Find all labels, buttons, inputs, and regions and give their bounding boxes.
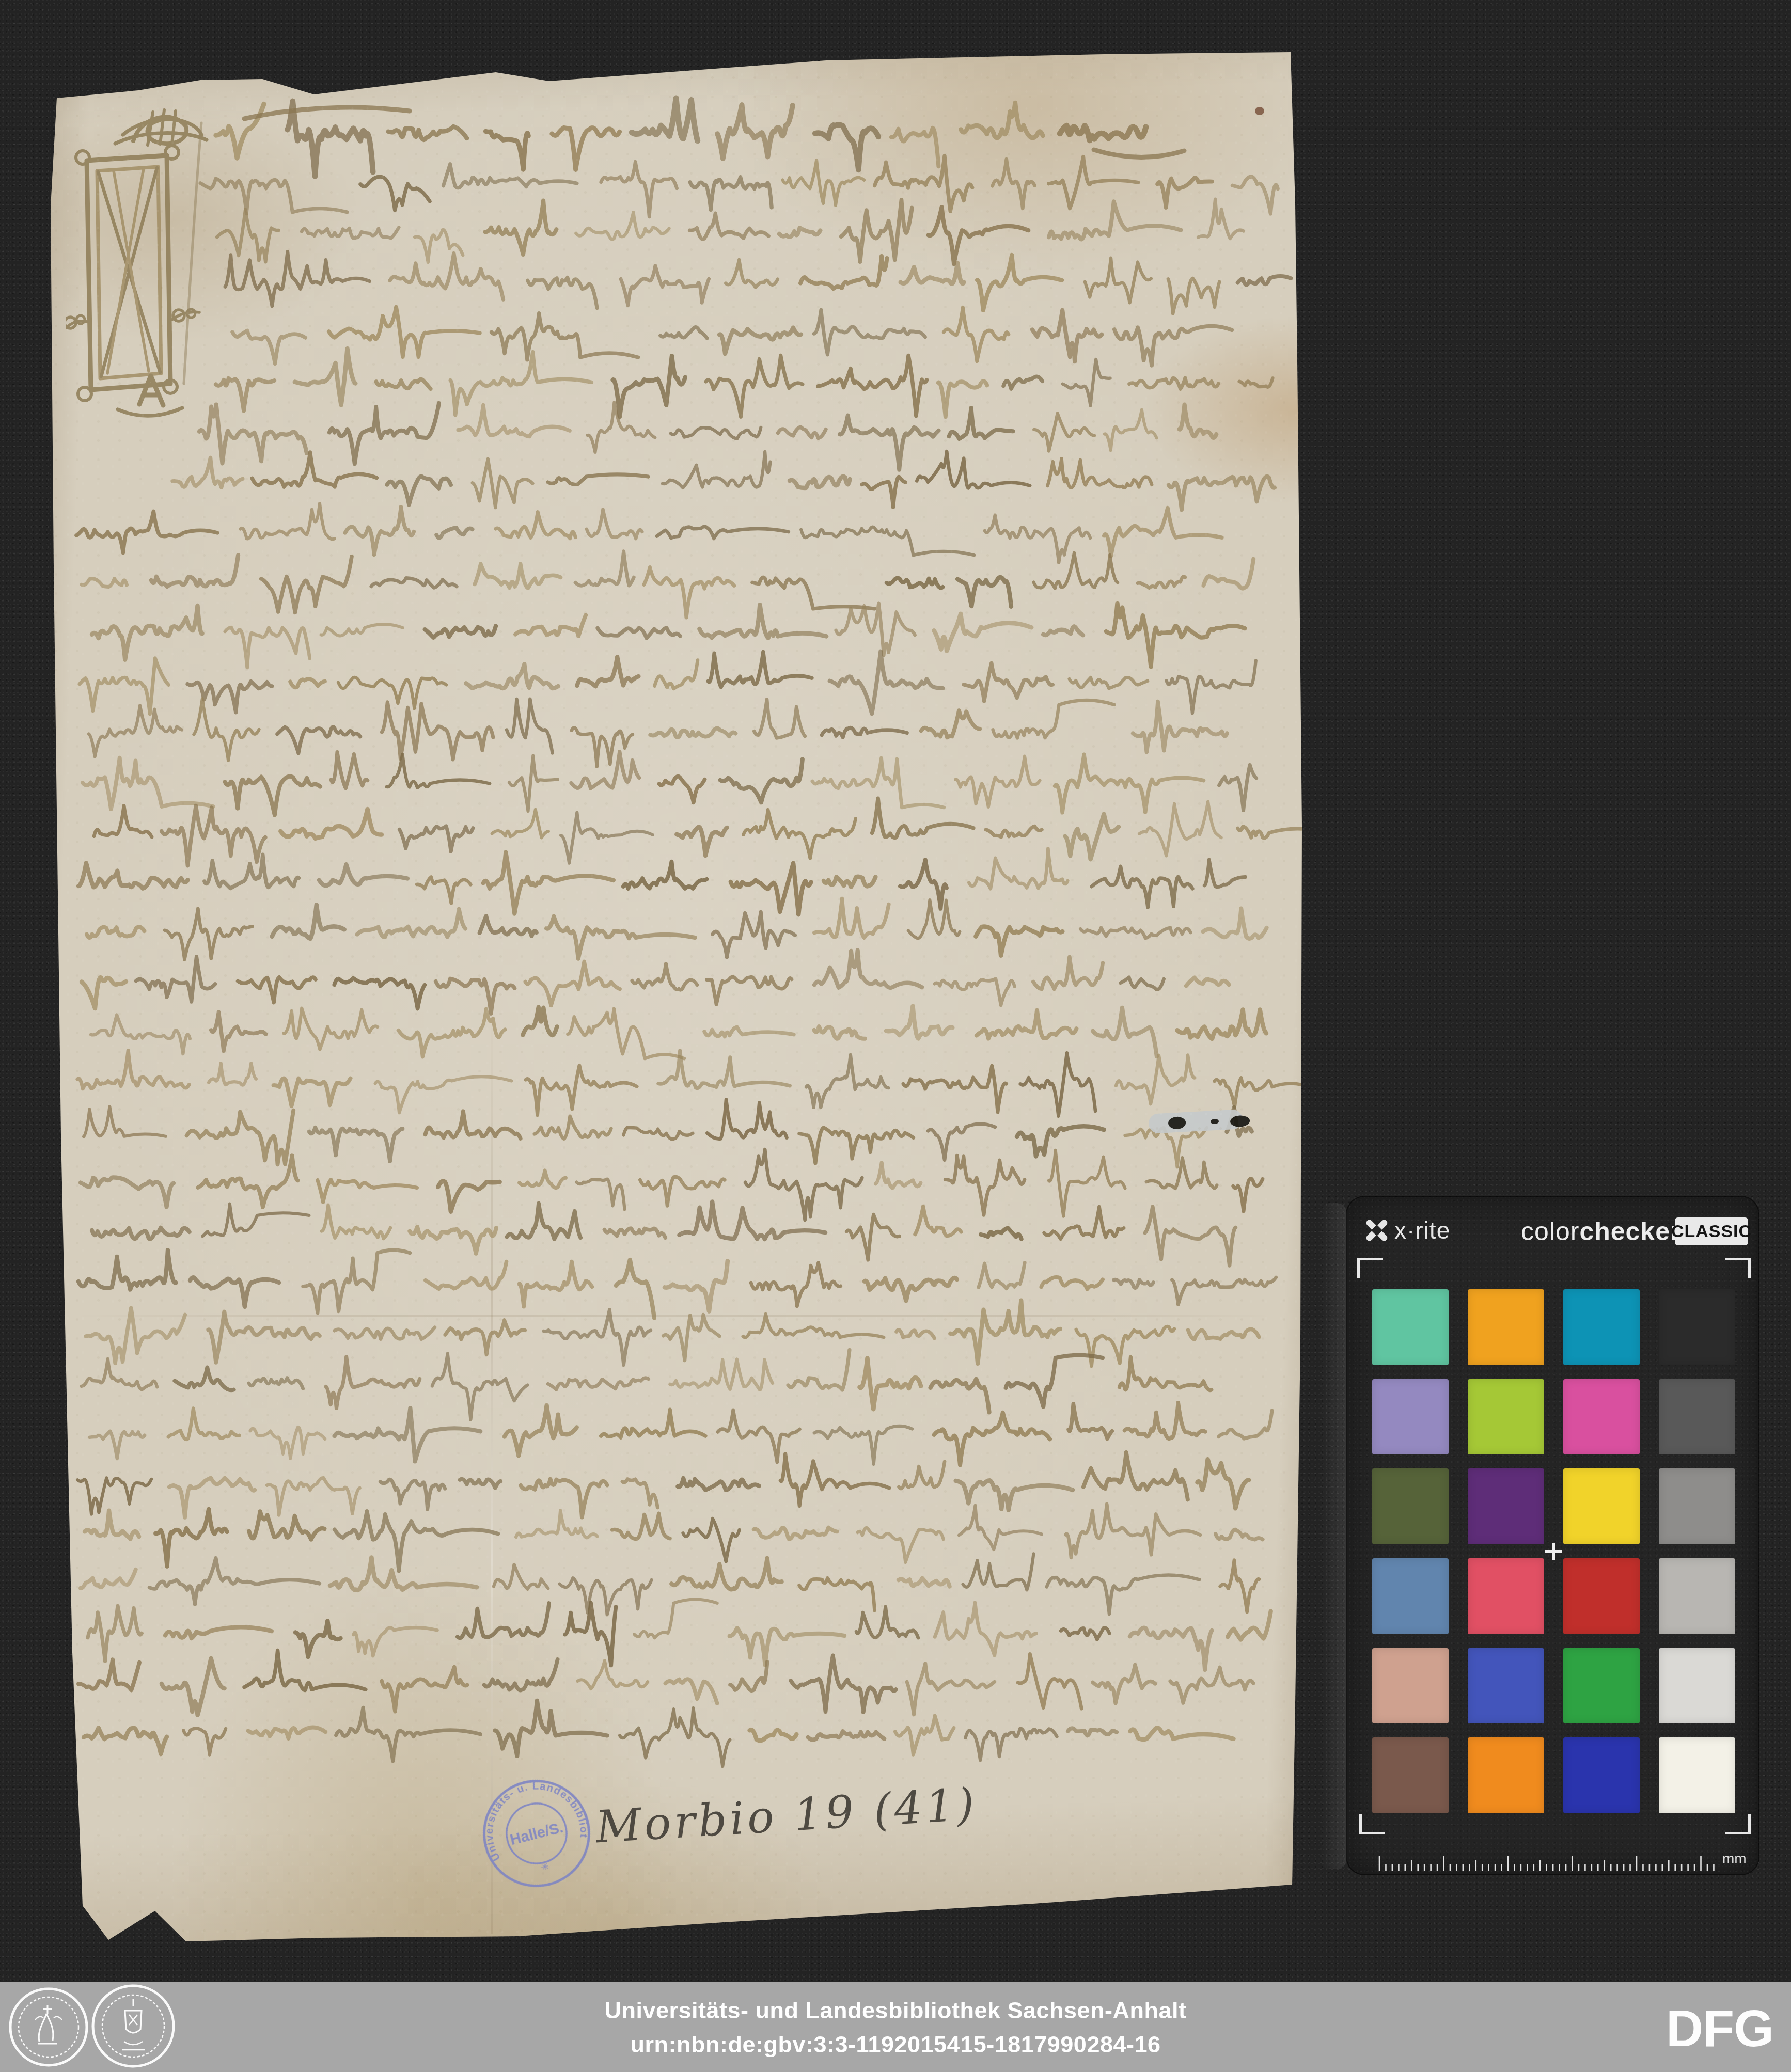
handwriting-word [945,1156,1025,1215]
handwriting-word [544,1309,651,1365]
handwriting-word [887,578,943,588]
ink-stain-dot [1255,107,1264,115]
handwriting-word [931,1379,989,1412]
handwriting-word [812,758,944,808]
handwriting-word [713,912,795,957]
handwriting-word [908,900,960,938]
handwriting-word [815,125,878,170]
handwriting-word [155,1509,227,1567]
handwriting-word [1047,458,1152,487]
handwriting-word [661,327,707,339]
handwriting-word [659,777,705,803]
handwriting-word [338,677,446,708]
handwriting-word [818,356,927,416]
handwriting-word [1092,866,1192,907]
handwriting-word [846,1214,899,1260]
color-patch [1563,1468,1640,1544]
handwriting-word [671,1558,781,1590]
handwriting-word [897,1330,935,1338]
handwriting-word [485,200,557,255]
handwriting-word [1066,1504,1200,1558]
handwriting-word [76,511,217,552]
handwriting-word [516,1510,597,1538]
handwriting-word [371,578,457,588]
handwriting-word [899,1462,945,1489]
scan-page: Universitäts- u. Landesbibliothek Halle/… [0,0,1791,2072]
handwriting-word [244,1651,366,1690]
handwriting-word [436,528,473,538]
handwriting-word [1179,405,1216,438]
handwriting-word [209,1063,256,1085]
handwriting-word [726,260,778,288]
handwriting-word [280,809,382,839]
handwriting-word [450,352,591,415]
handwriting-word [480,916,537,936]
handwriting-word [655,660,698,689]
handwriting-word [382,1667,467,1711]
parchment-crease [76,1315,1275,1317]
handwriting-word [274,1078,351,1106]
handwriting-word [622,1479,657,1508]
handwriting-word [979,1262,1025,1288]
handwriting-word [162,1658,225,1715]
handwriting-word [1220,1560,1260,1612]
handwriting-word [565,1603,616,1665]
handwriting-word [387,477,451,505]
handwriting-word [1083,1452,1188,1499]
handwriting-word [515,615,586,637]
handwriting-word [523,1007,557,1035]
handwriting-word [494,1564,548,1589]
handwriting-word [935,1603,1036,1655]
handwriting-word [1076,1326,1174,1366]
handwriting-word [577,657,638,686]
handwriting-word [335,1327,435,1339]
handwriting-word [900,860,947,909]
handwriting-word [200,179,347,214]
handwriting-word [872,798,973,837]
handwriting-text-lines [45,49,1308,1949]
handwriting-word [876,1163,921,1188]
handwriting-word [87,927,144,938]
handwriting-word [86,1308,185,1363]
handwriting-word [745,1149,862,1220]
handwriting-word [199,405,307,464]
handwriting-word [335,1511,498,1571]
handwriting-word [921,710,980,737]
handwriting-word [525,961,620,1005]
handwriting-word [1049,1150,1125,1216]
handwriting-word [598,628,680,638]
handwriting-word [986,826,1042,837]
handwriting-word [84,1728,167,1754]
handwriting-word [752,577,875,609]
handwriting-word [410,1227,496,1254]
color-patch [1563,1737,1640,1813]
handwriting-word [319,864,407,885]
handwriting-word [824,877,876,887]
handwriting-word [445,1320,525,1355]
handwriting-word [82,977,126,1008]
handwriting-word [650,728,735,737]
handwriting-word [917,451,1030,488]
handwriting-word [899,1578,950,1587]
handwriting-word [548,1378,648,1389]
handwriting-word [360,177,430,210]
handwriting-word [288,101,373,176]
color-patch [1372,1289,1449,1365]
handwriting-word [521,1479,607,1517]
handwriting-word [678,1478,759,1490]
handwriting-word [552,128,620,169]
handwriting-word [225,252,370,306]
handwriting-word [780,1454,889,1506]
handwriting-word [295,349,356,405]
handwriting-word [1219,1411,1272,1438]
handwriting-word [731,863,811,915]
color-patch [1659,1648,1735,1724]
handwriting-word [865,1278,957,1301]
handwriting-word [1139,801,1221,856]
handwriting-word [84,1106,166,1136]
handwriting-word [699,605,826,638]
handwriting-word [1238,827,1308,838]
handwriting-word [1033,957,1103,989]
handwriting-word [1018,1654,1081,1709]
handwriting-word [387,754,490,788]
color-patch [1563,1648,1640,1724]
handwriting-word [571,752,639,788]
handwriting-word [623,862,707,889]
colorchecker-card: x·rite colorchecker CLASSIC mm [1347,1197,1758,1874]
handwriting-word [799,1128,914,1163]
handwriting-word [907,1663,995,1715]
handwriting-word [436,978,515,1014]
handwriting-word [665,1261,728,1311]
handwriting-word [1233,1179,1263,1211]
handwriting-word [754,700,805,738]
footer-institution-line: Universitäts- und Landesbibliothek Sachs… [0,1997,1791,2024]
handwriting-word [957,577,1011,607]
handwriting-word [80,658,168,714]
card-header: x·rite colorchecker CLASSIC [1347,1215,1758,1252]
handwriting-word [426,1262,507,1289]
handwriting-word [632,98,697,141]
handwriting-word [720,760,803,803]
handwriting-word [959,1506,1042,1550]
handwriting-word [814,1026,865,1039]
handwriting-word [495,1701,607,1756]
handwriting-word [717,105,793,159]
handwriting-word [663,452,771,488]
handwriting-word [1129,378,1219,389]
handwriting-word [277,727,360,753]
xrite-logo-icon [1364,1218,1389,1243]
handwriting-word [858,1528,944,1562]
handwriting-word [1061,1627,1109,1639]
handwriting-word [993,159,1035,209]
handwriting-word [956,1480,1073,1510]
handwriting-word [601,162,677,217]
color-patch [1468,1558,1544,1634]
handwriting-word [719,328,801,354]
handwriting-word [778,427,826,438]
handwriting-word [225,627,310,668]
handwriting-word [601,1410,705,1437]
handwriting-word [1043,626,1083,635]
handwriting-word [1069,1404,1112,1439]
handwriting-word [492,810,548,838]
handwriting-word [799,1578,875,1610]
handwriting-word [92,1228,190,1239]
handwriting-word [211,1012,266,1051]
handwriting-word [1044,1207,1124,1239]
handwriting-word [526,1065,637,1115]
handwriting-word [1055,754,1204,813]
handwriting-word [399,826,473,852]
color-patch [1659,1737,1735,1813]
handwriting-word [1130,1728,1234,1739]
handwriting-word [754,1527,837,1539]
handwriting-word [730,1662,767,1691]
handwriting-word [1239,378,1273,387]
color-patch [1659,1558,1735,1634]
handwriting-word [1121,977,1164,990]
handwriting-word [969,848,1067,889]
handwriting-word [252,452,376,487]
color-patch [1468,1737,1544,1813]
handwriting-word [782,160,864,205]
handwriting-word [743,810,855,859]
handwriting-word [509,756,558,812]
handwriting-word [187,682,272,713]
handwriting-word [938,381,987,417]
card-title-light: color [1521,1217,1579,1246]
handwriting-word [1047,1575,1200,1614]
handwriting-word [248,1728,326,1739]
handwriting-word [1114,326,1232,366]
handwriting-word [1003,376,1042,389]
handwriting-word [1125,1403,1205,1438]
handwriting-word [1068,1728,1117,1735]
color-patch [1563,1289,1640,1365]
handwriting-word [1049,156,1138,208]
handwriting-word [1168,278,1219,313]
handwriting-word [836,603,915,655]
handwriting-word [89,705,182,756]
handwriting-word [1138,576,1185,588]
handwriting-word [1219,765,1256,810]
handwriting-word [415,230,463,262]
handwriting-word [822,727,907,737]
dfg-logo: DFG [1666,1999,1773,2059]
handwriting-word [993,700,1114,738]
handwriting-word [1063,359,1110,406]
handwriting-word [295,1621,341,1657]
handwriting-word [955,756,1040,807]
handwriting-word [708,652,812,687]
handwriting-word [496,512,575,539]
handwriting-word [77,1478,151,1514]
handwriting-word [587,509,642,539]
handwriting-word [1104,508,1222,557]
handwriting-word [1114,1279,1154,1288]
handwriting-word [486,131,529,169]
handwriting-word [935,979,1015,1006]
handwriting-word [345,507,414,555]
handwriting-word [977,255,1062,310]
color-patch [1563,1379,1640,1455]
handwriting-word [249,1378,303,1389]
handwriting-word [634,1599,717,1638]
handwriting-word [750,1730,797,1741]
handwriting-word [690,177,772,210]
handwriting-word [507,1204,580,1239]
classic-badge: CLASSIC [1675,1217,1748,1245]
handwriting-word [507,699,553,753]
color-patch [1372,1468,1449,1544]
handwriting-word [1170,1667,1253,1703]
handwriting-word [1198,199,1244,239]
handwriting-word [535,1116,611,1139]
handwriting-word [302,227,399,239]
handwriting-word [165,908,253,959]
handwriting-word [788,1350,850,1390]
handwriting-word [1017,1126,1104,1156]
handwriting-word [483,852,614,914]
handwriting-word [329,403,439,464]
handwriting-word [375,1077,512,1113]
handwriting-word [388,126,467,140]
handwriting-word [484,1659,558,1690]
handwriting-word [856,1607,918,1638]
handwriting-word [679,1202,825,1240]
handwriting-word [175,1367,234,1390]
handwriting-word [950,1301,1060,1364]
handwriting-word [613,356,685,417]
handwriting-word [546,916,695,959]
handwriting-word [814,1426,912,1464]
notarial-sign-drawing [66,94,252,466]
handwriting-word [1145,1207,1235,1266]
handwriting-word [1133,702,1227,752]
handwriting-word [187,1111,294,1165]
handwriting-word [658,1051,790,1088]
handwriting-word [1065,814,1119,860]
handwriting-word [1227,1108,1252,1136]
handwriting-word [249,1511,324,1539]
handwriting-word [548,474,648,485]
handwriting-word [1106,603,1245,667]
handwriting-word [677,827,727,855]
handwriting-word [290,679,325,687]
handwriting-word [335,1408,481,1461]
color-patch [1468,1648,1544,1724]
handwriting-word [561,812,653,863]
handwriting-word [604,1228,665,1238]
handwriting-word [1033,553,1118,589]
handwriting-word [1232,177,1278,214]
handwriting-word [81,1177,174,1207]
handwriting-word [1034,413,1094,451]
color-patch [1659,1289,1735,1365]
handwriting-word [928,1124,995,1160]
handwriting-word [425,626,496,637]
handwriting-word [976,927,1062,956]
handwriting-word [458,405,570,436]
handwriting-word [83,758,213,809]
handwriting-word [929,207,1029,264]
handwriting-word [1006,1355,1103,1407]
handwriting-word [934,1413,1050,1465]
handwriting-word [706,355,803,417]
handwriting-word [168,1409,240,1440]
handwriting-word [808,1731,885,1740]
handwriting-word [964,663,1052,701]
handwriting-word [568,1009,684,1058]
handwriting-word [708,1100,787,1139]
handwriting-word [216,104,264,159]
handwriting-word [875,156,972,211]
handwriting-word [492,313,638,360]
card-title-bold: checker [1579,1217,1680,1246]
handwriting-word [576,212,669,239]
handwriting-word [149,1558,319,1604]
xrite-brand: x·rite [1364,1216,1450,1244]
handwriting-word [1130,1628,1212,1670]
handwriting-word [225,777,320,815]
handwriting-word [841,200,912,262]
handwriting-word [250,1427,325,1459]
color-patch [1468,1379,1544,1455]
crop-mark-icon [1725,1814,1751,1834]
color-patch [1372,1737,1449,1813]
handwriting-word [1188,1329,1259,1339]
handwriting-word [202,1204,309,1237]
handwriting-word [205,855,299,888]
handwriting-word [743,1314,884,1337]
handwriting-word [309,1128,403,1162]
handwriting-word [1157,178,1212,208]
ruler-ticks [1375,1848,1716,1872]
handwriting-word [165,1627,272,1638]
handwriting-word [94,805,152,837]
color-patch [1659,1379,1735,1455]
handwriting-word [1204,559,1254,589]
handwriting-word [417,877,470,904]
color-patch [1468,1289,1544,1365]
handwriting-word [318,1180,417,1203]
handwriting-word [903,1066,1007,1112]
handwriting-word [88,1606,142,1661]
handwriting-word [303,1250,410,1313]
center-cross-icon [1545,1543,1562,1560]
handwriting-word [814,899,889,938]
handwriting-word [81,1570,136,1588]
handwriting-word [944,307,1009,361]
stamp-star-icon: ✳ [540,1861,551,1874]
handwriting-word [216,378,274,411]
handwriting-word [322,1205,390,1239]
handwriting-word [136,957,215,1002]
handwriting-word [519,1262,592,1307]
handwriting-word [620,1708,730,1766]
handwriting-word [78,1659,139,1690]
handwriting-word [1198,1459,1249,1508]
handwriting-word [1172,1277,1276,1304]
handwriting-word [1238,276,1291,285]
handwriting-word [981,1228,1022,1239]
